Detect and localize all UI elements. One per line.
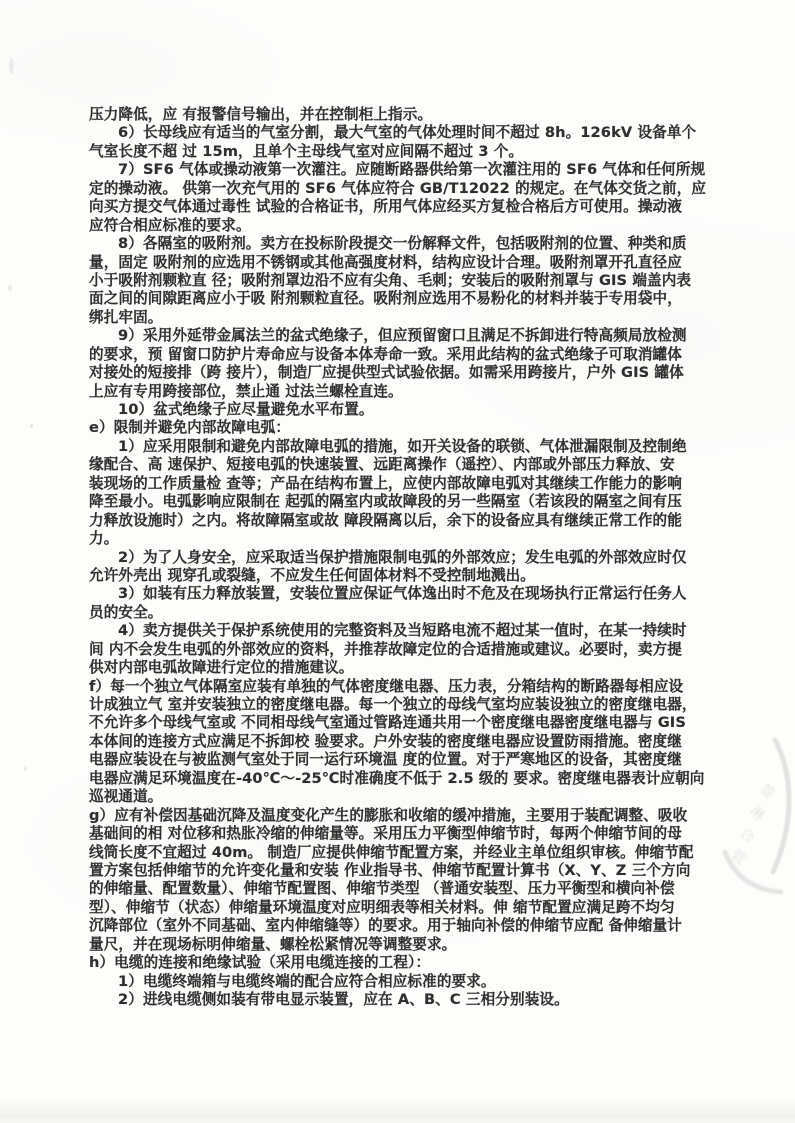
text-line: 本体间的连接方式应满足不拆卸校 验要求。户外安装的密度继电器应设置防雨措施。密度…	[89, 733, 721, 751]
text-line: 降至最小。电弧影响应限制在 起弧的隔室内或故障段的另一些隔室（若该段的隔室之间有…	[89, 493, 721, 511]
text-line: 9）采用外延带金属法兰的盆式绝缘子，但应预留窗口且满足不拆卸进行特高频局放检测	[89, 327, 721, 345]
scanned-document-page: 压力降低，应 有报警信号输出，并在控制柜上指示。6）长母线应有适当的气室分割，最…	[0, 0, 795, 1123]
text-line: e）限制并避免内部故障电弧：	[89, 419, 721, 437]
scan-speck	[30, 424, 33, 428]
text-line: 4）卖方提供关于保护系统使用的完整资料及当短路电流不超过某一值时，在某一持续时	[89, 622, 721, 640]
text-line: 10）盆式绝缘子应尽量避免水平布置。	[89, 401, 721, 419]
text-line: 2）进线电缆侧如装有带电显示装置，应在 A、B、C 三相分别装设。	[89, 991, 721, 1009]
document-body: 压力降低，应 有报警信号输出，并在控制柜上指示。6）长母线应有适当的气室分割，最…	[89, 106, 721, 1009]
text-line: 量尺，并在现场标明伸缩量、螺栓松紧情况等调整要求。	[89, 936, 721, 954]
text-line: 型）、伸缩节（状态）伸缩量环境温度对应明细表等相关材料。伸 缩节配置应满足跨不均…	[89, 899, 721, 917]
text-line: f）每一个独立气体隔室应装有单独的气体密度继电器、压力表，分箱结构的断路器每相应…	[89, 678, 721, 696]
text-line: 2）为了人身安全，应采取适当保护措施限制电弧的外部效应；发生电弧的外部效应时仅	[89, 549, 721, 567]
text-line: 装现场的工作质量检 查等；产品在结构布置上，应使内部故障电弧对其继续工作能力的影…	[89, 475, 721, 493]
text-line: 小于吸附剂颗粒直 径；吸附剂罩边沿不应有尖角、毛刺；安装后的吸附剂罩与 GIS …	[89, 272, 721, 290]
page-bottom-scan-shadow	[0, 1097, 795, 1123]
text-line: 线筒长度不宜超过 40m。 制造厂应提供伸缩节配置方案，并经业主单位组织审核。伸…	[89, 844, 721, 862]
text-line: 置方案包括伸缩节的允许变化量和安装 作业指导书、伸缩节配置计算书（X、Y、Z 三…	[89, 862, 721, 880]
text-line: 的伸缩量、配置数量）、伸缩节配置图、伸缩节类型 （普通安装型、压力平衡型和横向补…	[89, 880, 721, 898]
text-line: 上应有专用跨接部位，禁止通 过法兰螺栓直连。	[89, 383, 721, 401]
svg-text:合: 合	[736, 825, 757, 846]
text-line: 面之间的间隙距离应小于吸 附剂颗粒直径。吸附剂应选用不易粉化的材料并装于专用袋中…	[89, 290, 721, 308]
text-line: 3）如装有压力释放装置，安装位置应保证气体逸出时不危及在现场执行正常运行任务人	[89, 585, 721, 603]
text-line: 向买方提交气体通过毒性 试验的合格证书，所用气体应经买方复检合格后方可使用。操动…	[89, 198, 721, 216]
text-line: 电器应满足环境温度在-40℃～-25℃时准确度不低于 2.5 级的 要求。密度继…	[89, 770, 721, 788]
text-line: 供对内部电弧故障进行定位的措施建议。	[89, 659, 721, 677]
text-line: 1）电缆终端箱与电缆终端的配合应符合相应标准的要求。	[89, 973, 721, 991]
text-line: 量，固定 吸附剂的应选用不锈钢或其他高强度材料，结构应设计合理。吸附剂罩开孔直径…	[89, 254, 721, 272]
text-line: 绑扎牢固。	[89, 309, 721, 327]
text-line: 气室长度不超 过 15m，且单个主母线气室对应间隔不超过 3 个。	[89, 143, 721, 161]
text-line: 应符合相应标准的要求。	[89, 217, 721, 235]
text-line: 6）长母线应有适当的气室分割，最大气室的气体处理时间不超过 8h。126kV 设…	[89, 124, 721, 142]
text-line: 8）各隔室的吸附剂。卖方在投标阶段提交一份解释文件，包括吸附剂的位置、种类和质	[89, 235, 721, 253]
svg-text:签: 签	[756, 781, 777, 802]
text-line: 1）应采用限制和避免内部故障电弧的措施，如开关设备的联锁、气体泄漏限制及控制绝	[89, 438, 721, 456]
text-line: 员的安全。	[89, 604, 721, 622]
text-line: h）电缆的连接和绝缘试验（采用电缆连接的工程）：	[89, 954, 721, 972]
text-line: 允许外壳出 现穿孔或裂缝，不应发生任何固体材料不受控制地溅出。	[89, 567, 721, 585]
text-line: 基础间的相 对位移和热胀冷缩的伸缩量等。采用压力平衡型伸缩节时，每两个伸缩节间的…	[89, 825, 721, 843]
text-line: 压力降低，应 有报警信号输出，并在控制柜上指示。	[89, 106, 721, 124]
text-line: 沉降部位（室外不同基础、室内伸缩缝等）的要求。用于轴向补偿的伸缩节应配 备伸缩量…	[89, 917, 721, 935]
faint-seal-icon: 签 淋 合 管	[709, 732, 795, 912]
text-line: 缘配合、高 速保护、短接电弧的快速装置、远距离操作（遥控）、内部或外部压力释放、…	[89, 456, 721, 474]
text-line: 不允许多个母线气室或 不同相母线气室通过管路连通共用一个密度继电器密度继电器与 …	[89, 714, 721, 732]
svg-text:淋: 淋	[746, 802, 768, 824]
text-line: 间 内不会发生电弧的外部效应的资料，并推荐故障定位的合适措施或建议。必要时，卖方…	[89, 641, 721, 659]
text-line: 定的操动液。 供第一次充气用的 SF6 气体应符合 GB/T12022 的规定。…	[89, 180, 721, 198]
text-line: 力释放设施时）之内。将故障隔室或故 障段隔离以后，余下的设备应具有继续正常工作的…	[89, 512, 721, 530]
scan-speck	[8, 285, 12, 291]
text-line: 计成独立气 室并安装独立的密度继电器。每一个独立的母线气室均应装设独立的密度继电…	[89, 696, 721, 714]
text-line: 对接处的短接排（跨 接片），制造厂应提供型式试验依据。如需采用跨接片，户外 GI…	[89, 364, 721, 382]
text-line: 7）SF6 气体或操动液第一次灌注。应随断路器供给第一次灌注用的 SF6 气体和…	[89, 161, 721, 179]
scan-speck	[24, 766, 27, 771]
text-line: 巡视通道。	[89, 788, 721, 806]
scan-speck	[9, 58, 14, 74]
text-line: g）应有补偿因基础沉降及温度变化产生的膨胀和收缩的缓冲措施，主要用于装配调整、吸…	[89, 807, 721, 825]
text-line: 电器应装设在与被监测气室处于同一运行环境温 度的位置。对于严寒地区的设备，其密度…	[89, 751, 721, 769]
text-line: 的要求，预 留窗口防护片寿命应与设备本体寿命一致。采用此结构的盆式绝缘子可取消罐…	[89, 346, 721, 364]
text-line: 力。	[89, 530, 721, 548]
